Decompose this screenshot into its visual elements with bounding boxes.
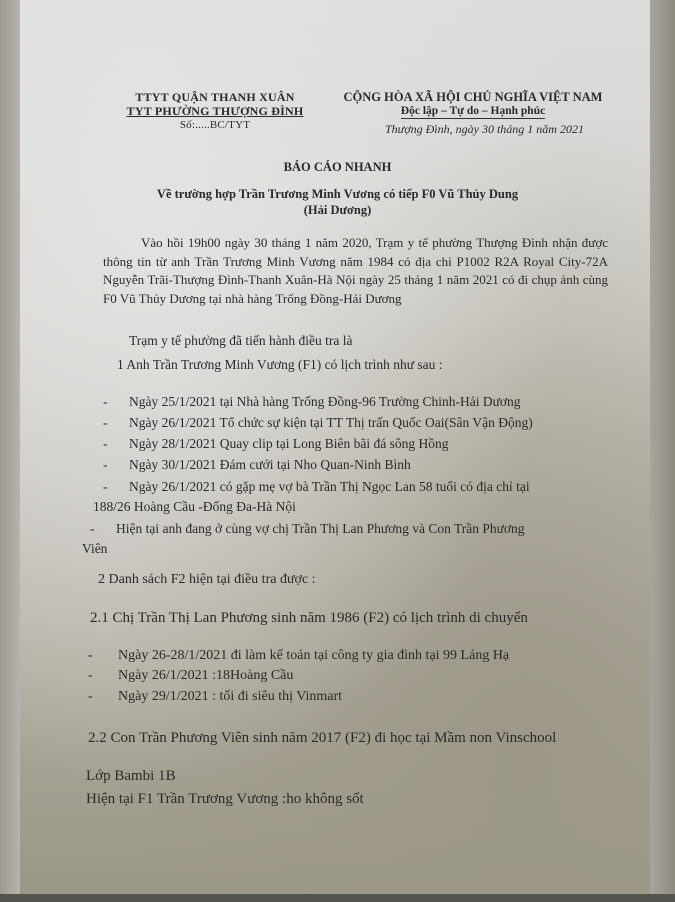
item-text: Ngày 26-28/1/2021 đi làm kế toán tại côn… (118, 648, 509, 663)
background-edge-left (0, 0, 22, 902)
item-text: Ngày 29/1/2021 : tối đi siêu thị Vinmart (118, 689, 342, 704)
subtitle-line-2: (Hải Dương) (0, 202, 675, 218)
list-item: -Ngày 26/1/2021 :18Hoàng Cầu (88, 668, 293, 684)
bullet-dash: - (88, 668, 118, 684)
list-item: -Hiện tại anh đang ở cùng vợ chị Trần Th… (90, 521, 525, 537)
background-bottom (0, 894, 675, 902)
header-right: CỘNG HÒA XÃ HỘI CHỦ NGHĨA VIỆT NAM Độc l… (328, 90, 618, 118)
agency-name: TTYT QUẬN THANH XUÂN (110, 90, 320, 104)
report-title: BÁO CÁO NHANH (0, 160, 675, 175)
national-title: CỘNG HÒA XÃ HỘI CHỦ NGHĨA VIỆT NAM (328, 90, 618, 104)
item-text: Ngày 25/1/2021 tại Nhà hàng Trống Đồng-9… (129, 394, 521, 409)
list-item: -Ngày 28/1/2021 Quay clip tại Long Biên … (103, 436, 448, 452)
item-text: Ngày 26/1/2021 có gặp mẹ vợ bà Trần Thị … (129, 479, 530, 494)
bullet-dash: - (103, 479, 129, 495)
document-number: Số:.....BC/TYT (110, 118, 320, 132)
national-motto: Độc lập – Tự do – Hạnh phúc (401, 105, 545, 119)
list-item: -Ngày 26-28/1/2021 đi làm kế toán tại cô… (88, 648, 509, 664)
background-edge-right (649, 0, 675, 902)
bullet-dash: - (103, 436, 129, 452)
bullet-dash: - (88, 648, 118, 664)
report-subtitle: Về trường hợp Trần Trương Minh Vương có … (0, 186, 675, 218)
list-item-continuation: Viên (82, 541, 107, 557)
bullet-dash: - (88, 689, 118, 705)
bullet-dash: - (103, 415, 129, 431)
item-text: Ngày 30/1/2021 Đám cưới tại Nho Quan-Nin… (129, 457, 411, 472)
header-left: TTYT QUẬN THANH XUÂN TYT PHƯỜNG THƯỢNG Đ… (110, 90, 320, 132)
station-name: TYT PHƯỜNG THƯỢNG ĐÌNH (110, 104, 320, 118)
section-2-1-heading: 2.1 Chị Trần Thị Lan Phương sinh năm 198… (90, 610, 528, 627)
status-line: Hiện tại F1 Trần Trương Vương :ho không … (86, 791, 364, 808)
item-text: Hiện tại anh đang ở cùng vợ chị Trần Thị… (116, 521, 525, 536)
list-item: -Ngày 26/1/2021 có gặp mẹ vợ bà Trần Thị… (103, 479, 530, 495)
section-2-heading: 2 Danh sách F2 hiện tại điều tra được : (98, 572, 316, 588)
item-text: Ngày 26/1/2021 Tổ chức sự kiện tại TT Th… (129, 415, 533, 430)
list-item: -Ngày 29/1/2021 : tối đi siêu thị Vinmar… (88, 689, 342, 705)
bullet-dash: - (103, 457, 129, 473)
list-item: -Ngày 26/1/2021 Tổ chức sự kiện tại TT T… (103, 415, 533, 431)
subtitle-line-1: Về trường hợp Trần Trương Minh Vương có … (0, 186, 675, 202)
section-2-2-heading: 2.2 Con Trần Phương Viên sinh năm 2017 (… (88, 730, 556, 747)
list-item: -Ngày 25/1/2021 tại Nhà hàng Trống Đồng-… (103, 394, 521, 410)
item-text: Ngày 26/1/2021 :18Hoàng Cầu (118, 668, 293, 683)
list-item-continuation: 188/26 Hoàng Cầu -Đống Đa-Hà Nội (93, 499, 296, 515)
class-line: Lớp Bambi 1B (86, 768, 176, 785)
section-1-heading: 1 Anh Trần Trương Minh Vương (F1) có lịc… (117, 357, 443, 373)
list-item: -Ngày 30/1/2021 Đám cưới tại Nho Quan-Ni… (103, 457, 411, 473)
item-text: Ngày 28/1/2021 Quay clip tại Long Biên b… (129, 436, 448, 451)
document-date: Thượng Đình, ngày 30 tháng 1 năm 2021 (385, 122, 584, 137)
intro-paragraph: Vào hồi 19h00 ngày 30 tháng 1 năm 2020, … (103, 234, 608, 308)
bullet-dash: - (103, 394, 129, 410)
bullet-dash: - (90, 521, 116, 537)
investigation-line: Trạm y tế phường đã tiến hành điều tra l… (129, 333, 353, 349)
